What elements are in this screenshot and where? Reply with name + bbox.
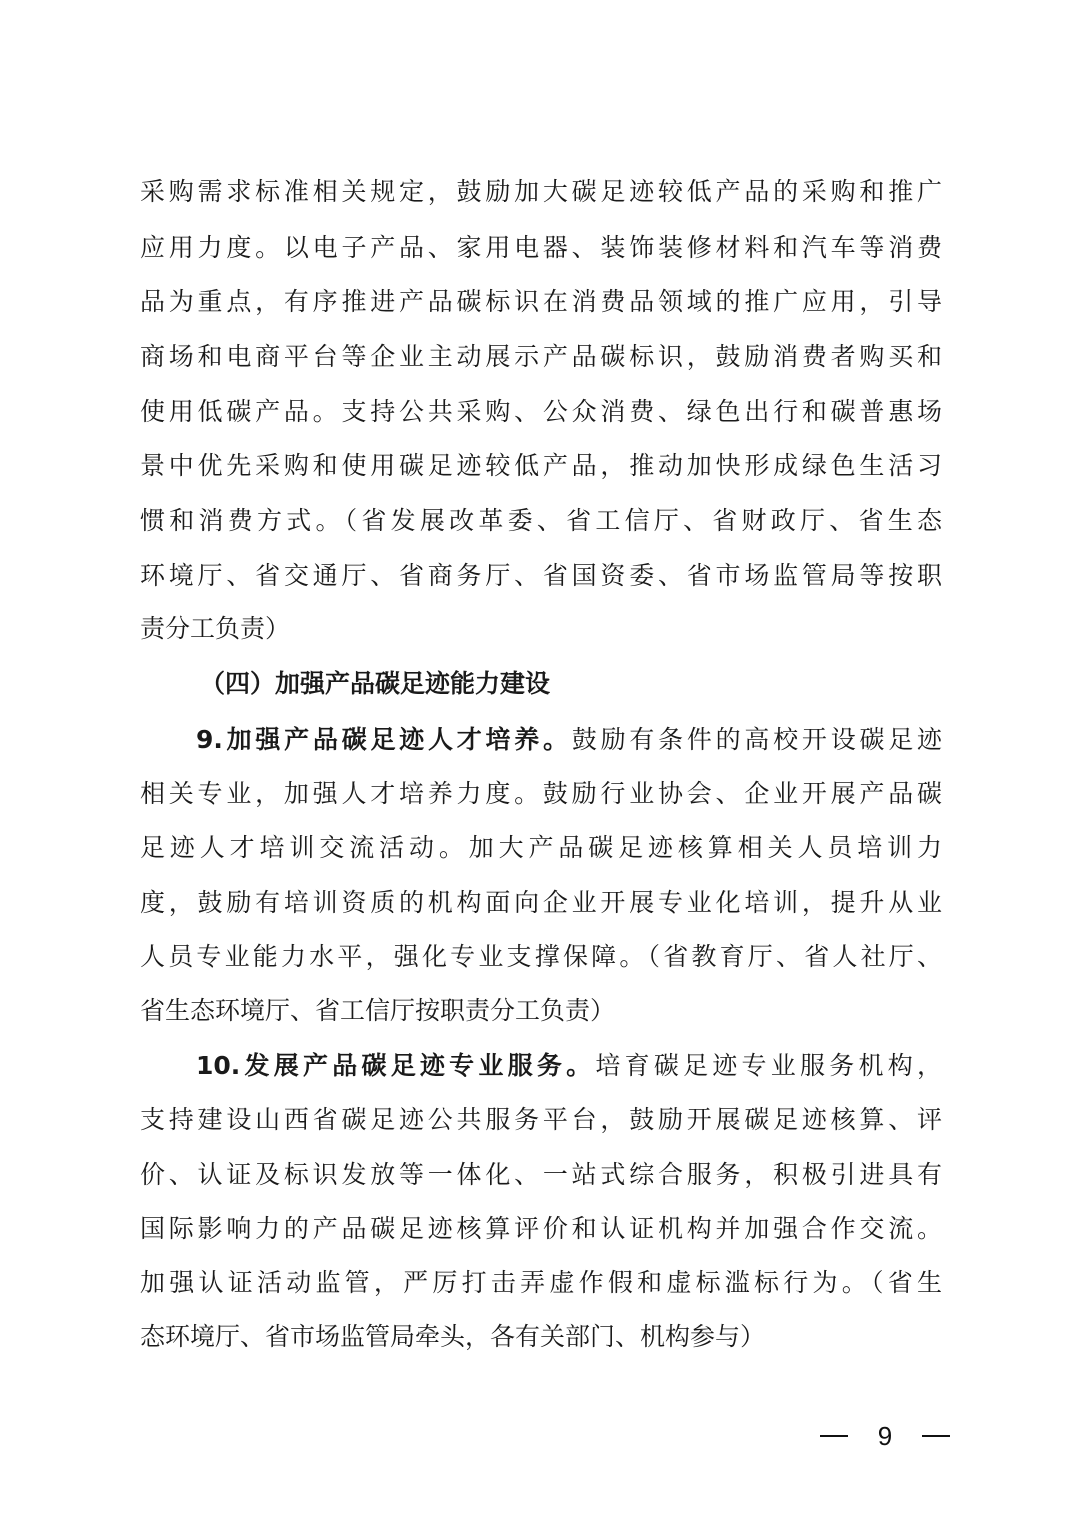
item-10-first-line-rest: 培育碳足迹专业服务机构，: [595, 1051, 942, 1080]
text-line: 足迹人才培训交流活动。加大产品碳足迹核算相关人员培训力: [140, 820, 942, 876]
text-line: 国际影响力的产品碳足迹核算评价和认证机构并加强合作交流。: [140, 1201, 942, 1257]
item-9-title: 9.加强产品碳足迹人才培养。: [196, 725, 572, 754]
text-line: 责分工负责）: [140, 601, 942, 657]
page-number: 9: [820, 1416, 950, 1456]
text-line: 省生态环境厅、省工信厅按职责分工负责）: [140, 983, 942, 1039]
text-line: 支持建设山西省碳足迹公共服务平台，鼓励开展碳足迹核算、评: [140, 1092, 942, 1148]
text-line: 应用力度。以电子产品、家用电器、装饰装修材料和汽车等消费: [140, 220, 942, 276]
text-line: 品为重点，有序推进产品碳标识在消费品领域的推广应用，引导: [140, 274, 942, 330]
text-line: 价、认证及标识发放等一体化、一站式综合服务，积极引进具有: [140, 1147, 942, 1203]
text-line: 环境厅、省交通厅、省商务厅、省国资委、省市场监管局等按职: [140, 548, 942, 604]
section-heading: （四）加强产品碳足迹能力建设: [200, 656, 946, 712]
text-line: 景中优先采购和使用碳足迹较低产品，推动加快形成绿色生活习: [140, 438, 942, 494]
text-line: 惯和消费方式。（省发展改革委、省工信厅、省财政厅、省生态: [140, 493, 942, 549]
text-line: 度，鼓励有培训资质的机构面向企业开展专业化培训，提升从业: [140, 875, 942, 931]
page-number-value: 9: [878, 1416, 892, 1456]
text-line: 相关专业，加强人才培养力度。鼓励行业协会、企业开展产品碳: [140, 766, 942, 822]
item-9-first-line-rest: 鼓励有条件的高校开设碳足迹: [572, 725, 942, 754]
text-line: 加强认证活动监管，严厉打击弄虚作假和虚标滥标行为。（省生: [140, 1255, 942, 1311]
text-line: 人员专业能力水平，强化专业支撑保障。（省教育厅、省人社厅、: [140, 929, 942, 985]
document-page: 采购需求标准相关规定，鼓励加大碳足迹较低产品的采购和推广 应用力度。以电子产品、…: [0, 0, 1080, 1528]
text-line: 10.发展产品碳足迹专业服务。培育碳足迹专业服务机构，: [196, 1038, 942, 1094]
text-line: 商场和电商平台等企业主动展示产品碳标识，鼓励消费者购买和: [140, 329, 942, 385]
text-line: 9.加强产品碳足迹人才培养。鼓励有条件的高校开设碳足迹: [196, 712, 942, 768]
text-line: 采购需求标准相关规定，鼓励加大碳足迹较低产品的采购和推广: [140, 164, 942, 220]
text-line: 使用低碳产品。支持公共采购、公众消费、绿色出行和碳普惠场: [140, 384, 942, 440]
item-10-title: 10.发展产品碳足迹专业服务。: [196, 1051, 595, 1080]
text-line: 态环境厅、省市场监管局牵头，各有关部门、机构参与）: [140, 1309, 942, 1365]
dash-left-icon: [820, 1435, 848, 1437]
dash-right-icon: [922, 1435, 950, 1437]
